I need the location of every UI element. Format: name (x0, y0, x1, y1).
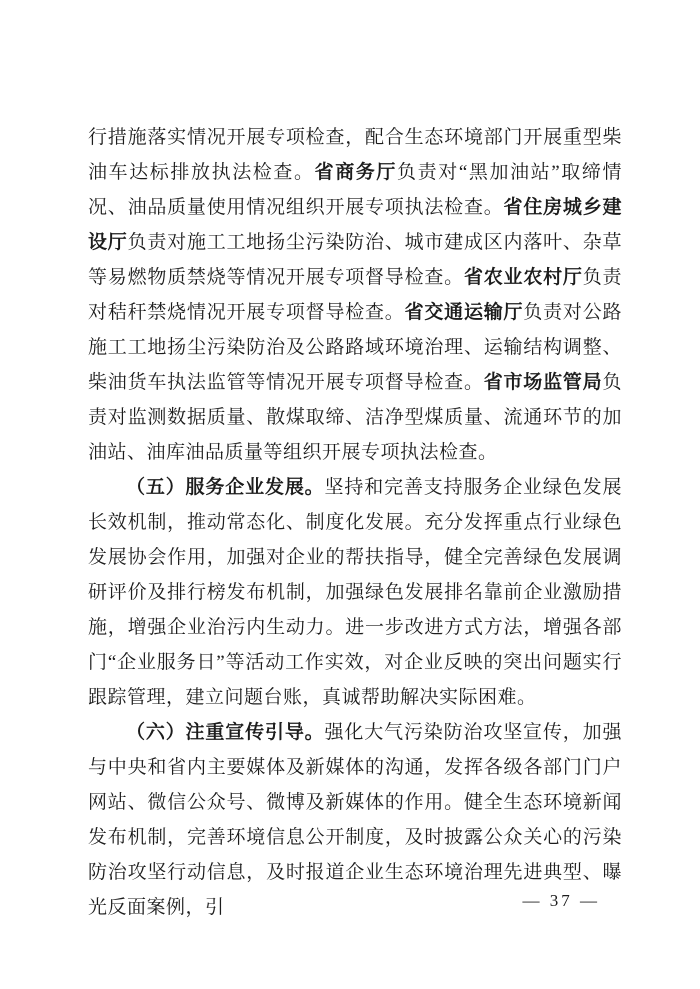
paragraph: 行措施落实情况开展专项检查，配合生态环境部门开展重型柴油车达标排放执法检查。省商… (88, 120, 622, 470)
bold-text-segment: （六）注重宣传引导。 (126, 722, 325, 743)
bold-text-segment: 省交通运输厅 (405, 302, 524, 323)
text-segment: 强化大气污染防治攻坚宣传，加强与中央和省内主要媒体及新媒体的沟通，发挥各级各部门… (88, 722, 622, 918)
document-body: 行措施落实情况开展专项检查，配合生态环境部门开展重型柴油车达标排放执法检查。省商… (88, 120, 622, 925)
bold-text-segment: 省农业农村厅 (464, 267, 583, 288)
paragraph: （五）服务企业发展。坚持和完善支持服务企业绿色发展长效机制，推动常态化、制度化发… (88, 470, 622, 715)
bold-text-segment: （五）服务企业发展。 (126, 477, 325, 498)
bold-text-segment: 省商务厅 (315, 162, 397, 183)
bold-text-segment: 省市场监管局 (484, 372, 603, 393)
page-number: — 37 — (523, 891, 601, 911)
document-page: 行措施落实情况开展专项检查，配合生态环境部门开展重型柴油车达标排放执法检查。省商… (0, 0, 700, 989)
text-segment: 坚持和完善支持服务企业绿色发展长效机制，推动常态化、制度化发展。充分发挥重点行业… (88, 477, 622, 708)
